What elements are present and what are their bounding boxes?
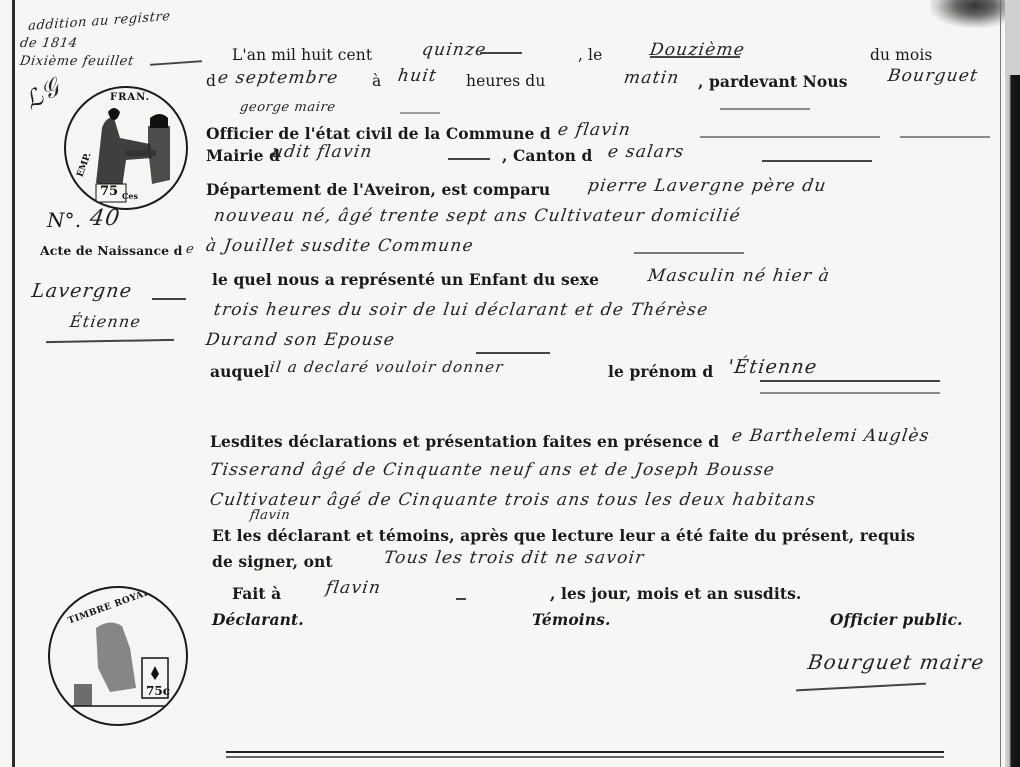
fill-dash: [400, 112, 440, 114]
handwritten-declarant: pierre Lavergne père du: [587, 176, 828, 196]
printed-canton: , Canton d: [502, 146, 592, 165]
stamp-empire-france: FRAN. EMP. 75 Ces: [64, 86, 188, 210]
printed-departement: Département de l'Aveiron, est comparu: [206, 180, 550, 199]
fill-dash: [448, 158, 490, 160]
printed-auquel: auquel: [210, 362, 270, 381]
margin-paraph: ℒ𝒢: [19, 73, 65, 116]
handwritten-hour: huit: [397, 66, 439, 86]
stamp-top-text: FRAN.: [110, 92, 150, 103]
binding-edge-top: [1005, 0, 1020, 75]
handwritten-year: quinze: [421, 40, 488, 60]
handwritten-witness-two-details: Cultivateur âgé de Cinquante trois ans t…: [209, 490, 818, 510]
handwritten-given-name: 'Étienne: [726, 356, 818, 378]
fill-dash: [700, 136, 880, 138]
handwritten-place-insert: flavin: [249, 508, 291, 523]
printed-declarations: Lesdites déclarations et présentation fa…: [210, 432, 719, 451]
printed-lecture: Et les déclarant et témoins, après que l…: [212, 526, 915, 545]
binding-edge: [1005, 0, 1020, 767]
handwritten-witness-one-details: Tisserand âgé de Cinquante neuf ans et d…: [209, 460, 777, 480]
printed-prenom: le prénom d: [608, 362, 713, 381]
margin-annotation: addition au registre: [28, 9, 171, 34]
handwritten-birth-details: trois heures du soir de lui déclarant et…: [213, 300, 710, 320]
seated-figure-icon: [66, 88, 186, 208]
acte-number-label: N°.: [47, 208, 81, 232]
section-separator: [226, 751, 944, 753]
printed-d: d: [206, 72, 216, 90]
fill-dash: [480, 52, 522, 54]
handwritten-signing-statement: Tous les trois dit ne savoir: [383, 548, 646, 568]
handwritten-officer-continued: george maire: [239, 100, 337, 115]
fill-dash: [456, 598, 466, 600]
printed-pardevant-nous: , pardevant Nous: [698, 72, 848, 91]
handwritten-residence: à Jouillet susdite Commune: [205, 236, 476, 256]
handwritten-officer-name: Bourguet: [887, 66, 980, 86]
margin-dash: [152, 298, 186, 300]
margin-flourish: [46, 339, 174, 343]
acte-label: Acte de Naissance d: [40, 243, 183, 258]
printed-susdits: , les jour, mois et an susdits.: [550, 584, 801, 603]
declarant-label: Déclarant.: [212, 610, 304, 629]
printed-fait-a: Fait à: [232, 584, 281, 603]
fill-dash: [762, 160, 872, 162]
printed-du-mois: du mois: [870, 46, 932, 64]
printed-enfant-sexe: le quel nous a représenté un Enfant du s…: [212, 270, 599, 289]
officer-signature: Bourguet maire: [806, 650, 986, 674]
printed-de-signer: de signer, ont: [212, 552, 333, 571]
handwritten-period: matin: [623, 68, 681, 88]
acte-label-suffix: e: [185, 242, 195, 257]
register-page: addition au registre de 1814 Dixième feu…: [0, 0, 1020, 767]
margin-given-name: Étienne: [69, 312, 143, 331]
ink-smudge: [930, 0, 1005, 28]
handwritten-declarant-details: nouveau né, âgé trente sept ans Cultivat…: [213, 206, 743, 226]
handwritten-mairie: udit flavin: [271, 142, 374, 162]
handwritten-sex: Masculin né hier à: [647, 266, 832, 286]
printed-a: à: [372, 72, 381, 90]
stamp-unit: Ces: [122, 191, 138, 201]
left-margin-rule: [12, 0, 15, 767]
section-separator-double: [226, 756, 944, 758]
fill-dash: [720, 108, 810, 110]
right-margin-rule: [1000, 0, 1001, 767]
fill-dash: [760, 380, 940, 382]
margin-surname: Lavergne: [30, 280, 133, 302]
acte-number-value: 40: [88, 206, 122, 231]
handwritten-commune: e flavin: [557, 120, 633, 140]
officier-label: Officier public.: [830, 610, 963, 629]
stamp-value: 75: [100, 184, 118, 199]
fill-dash: [760, 392, 940, 394]
handwritten-place: flavin: [325, 578, 383, 598]
handwritten-witness-one: e Barthelemi Auglès: [731, 426, 931, 446]
printed-year-prefix: L'an mil huit cent: [232, 46, 372, 64]
printed-mairie: Mairie d: [206, 146, 280, 165]
fill-dash: [650, 56, 740, 58]
margin-dash: [150, 60, 202, 65]
printed-heures-du: heures du: [466, 72, 545, 90]
handwritten-month: e septembre: [217, 68, 340, 88]
fill-dash: [476, 352, 550, 354]
handwritten-intention: il a declaré vouloir donner: [269, 358, 505, 376]
printed-officier-commune: Officier de l'état civil de la Commune d: [206, 124, 551, 143]
printed-le: , le: [578, 46, 602, 64]
fill-dash: [900, 136, 990, 138]
stamp-timbre-royal: TIMBRE ROYAL 75c: [48, 586, 188, 726]
margin-annotation-year: de 1814: [19, 36, 79, 51]
signature-flourish: [796, 683, 926, 691]
temoins-label: Témoins.: [532, 610, 610, 629]
handwritten-mother: Durand son Epouse: [205, 330, 397, 350]
fill-dash: [634, 252, 744, 254]
handwritten-canton: e salars: [607, 142, 686, 162]
margin-annotation-folio: Dixième feuillet: [19, 54, 135, 69]
stamp-bottom-value: 75c: [146, 684, 170, 698]
